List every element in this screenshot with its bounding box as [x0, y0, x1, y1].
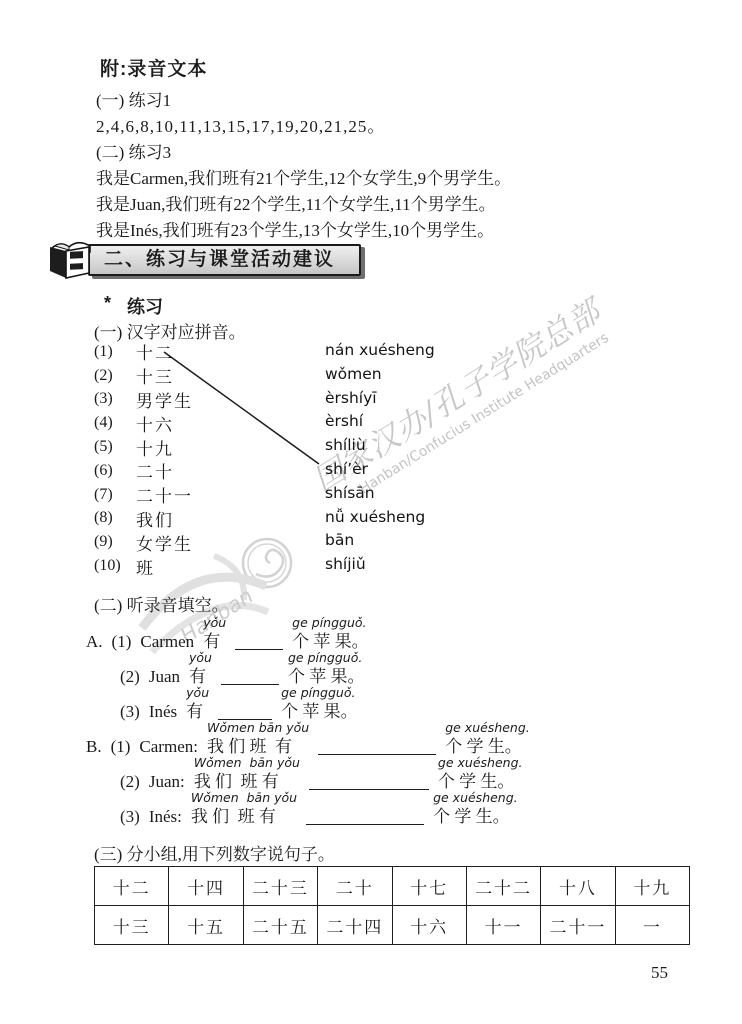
- table-cell: 十五: [169, 906, 243, 945]
- table-cell: 十一: [466, 906, 540, 945]
- practice-heading: * 练习: [104, 293, 163, 319]
- item-number: (2): [120, 771, 140, 792]
- hanzi-text: 个 苹 果。: [288, 666, 365, 687]
- match-hanzi[interactable]: 二十: [136, 458, 174, 483]
- item-number: (3): [120, 701, 140, 722]
- numbers-table: 十二 十四 二十三 二十 十七 二十二 十八 十九 十三 十五 二十五 二十四 …: [94, 866, 690, 945]
- table-cell: 二十一: [541, 906, 615, 945]
- match-pinyin[interactable]: èrshíyī: [325, 389, 377, 407]
- match-hanzi[interactable]: 男学生: [136, 387, 193, 412]
- match-number: (5): [94, 438, 136, 456]
- match-pinyin[interactable]: èrshí: [325, 412, 363, 430]
- speaker-name: Juan: [149, 666, 180, 687]
- match-pinyin[interactable]: nǚ xuésheng: [325, 508, 425, 526]
- match-hanzi[interactable]: 女学生: [136, 530, 193, 555]
- pinyin-annotation: ge xuésheng.: [433, 791, 518, 805]
- pinyin-annotation: ge xuésheng.: [438, 756, 523, 770]
- match-row: (4) 十六 èrshí: [94, 411, 514, 435]
- match-pinyin[interactable]: shíliù: [325, 436, 366, 454]
- answer-blank[interactable]: [309, 787, 429, 790]
- match-pinyin[interactable]: wǒmen: [325, 365, 382, 383]
- page-number: 55: [651, 963, 668, 983]
- exercise1-label: (一) 练习1: [96, 88, 641, 114]
- match-hanzi[interactable]: 班: [136, 554, 155, 579]
- fill-item-a1: A. (1) Carmen yǒu有 ge píngguǒ.个 苹 果。: [86, 616, 369, 652]
- hanzi-text: 我 们 班 有: [191, 806, 276, 827]
- hanzi-text: 个 学 生。: [445, 736, 522, 757]
- match-number: (1): [94, 343, 136, 361]
- match-row: (2) 十三 wǒmen: [94, 364, 514, 388]
- speaker-name: Inés:: [149, 806, 182, 827]
- speaker-name: Carmen:: [139, 736, 198, 757]
- hanzi-text: 我 们 班 有: [194, 771, 279, 792]
- speaker-name: Inés: [149, 701, 177, 722]
- hanzi-text: 有: [186, 701, 203, 722]
- open-book-icon: [47, 238, 93, 280]
- match-hanzi[interactable]: 十六: [136, 411, 174, 436]
- transcript-line: 我是Carmen,我们班有21个学生,12个女学生,9个男学生。: [96, 166, 641, 192]
- item-number: (1): [111, 736, 131, 757]
- match-pinyin[interactable]: shí’èr: [325, 460, 368, 478]
- transcript-title: 附:录音文本: [100, 54, 641, 81]
- match-pinyin[interactable]: shíjiǔ: [325, 555, 366, 573]
- textbook-page: 国家汉办/孔子学院总部 Hanban/Confucius Institute H…: [0, 0, 742, 1024]
- group-a-label: A.: [86, 631, 103, 652]
- pinyin-annotation: Wǒmen bān yǒu: [191, 791, 297, 805]
- match-number: (4): [94, 414, 136, 432]
- exercise3-label: (二) 练习3: [96, 140, 641, 166]
- table-cell: 十六: [392, 906, 466, 945]
- match-row: (8) 我们 nǚ xuésheng: [94, 507, 514, 531]
- pinyin-annotation: ge píngguǒ.: [292, 616, 366, 630]
- match-number: (9): [94, 533, 136, 551]
- practice-title: 练习: [127, 293, 163, 319]
- match-hanzi[interactable]: 二十一: [136, 482, 193, 507]
- table-cell: 十七: [392, 867, 466, 906]
- match-number: (8): [94, 509, 136, 527]
- pinyin-annotation: yǒu: [189, 651, 212, 665]
- hanzi-text: 个 苹 果。: [292, 631, 369, 652]
- match-row: (10) 班 shíjiǔ: [94, 554, 514, 578]
- table-cell: 十九: [615, 867, 689, 906]
- hanzi-text: 有: [203, 631, 220, 652]
- table-cell: 二十二: [466, 867, 540, 906]
- table-row: 十三 十五 二十五 二十四 十六 十一 二十一 一: [95, 906, 690, 945]
- pinyin-annotation: yǒu: [203, 616, 226, 630]
- match-row: (5) 十九 shíliù: [94, 435, 514, 459]
- hanzi-text: 我 们 班 有: [207, 736, 292, 757]
- star-bullet: *: [104, 293, 111, 319]
- pinyin-annotation: Wǒmen bān yǒu: [207, 721, 309, 735]
- table-cell: 十二: [95, 867, 169, 906]
- table-cell: 十八: [541, 867, 615, 906]
- match-row: (6) 二十 shí’èr: [94, 459, 514, 483]
- speaker-name: Juan:: [149, 771, 185, 792]
- hanzi-text: 个 学 生。: [438, 771, 515, 792]
- match-row: (9) 女学生 bān: [94, 530, 514, 554]
- match-pinyin[interactable]: shísān: [325, 484, 375, 502]
- item-number: (3): [120, 806, 140, 827]
- pinyin-annotation: ge xuésheng.: [445, 721, 530, 735]
- hanzi-text: 有: [189, 666, 206, 687]
- table-cell: 二十五: [243, 906, 317, 945]
- numbers-line: 2,4,6,8,10,11,13,15,17,19,20,21,25。: [96, 114, 641, 140]
- answer-blank[interactable]: [221, 682, 279, 685]
- match-number: (10): [94, 557, 136, 575]
- pinyin-annotation: yǒu: [186, 686, 209, 700]
- table-cell: 一: [615, 906, 689, 945]
- fill-item-b2: (2) Juan: Wǒmen bān yǒu我 们 班 有 ge xuéshe…: [120, 756, 523, 792]
- match-pinyin[interactable]: bān: [325, 531, 354, 549]
- match-number: (3): [94, 390, 136, 408]
- section-header-bar: 二、练习与课堂活动建议: [88, 244, 361, 276]
- fill-item-a2: (2) Juan yǒu有 ge píngguǒ.个 苹 果。: [120, 651, 364, 687]
- transcript-line: 我是Inés,我们班有23个学生,13个女学生,10个男学生。: [96, 218, 641, 244]
- item-number: (1): [112, 631, 132, 652]
- answer-blank[interactable]: [318, 752, 436, 755]
- pinyin-annotation: Wǒmen bān yǒu: [194, 756, 300, 770]
- hanzi-text: 个 苹 果。: [281, 701, 358, 722]
- match-number: (7): [94, 486, 136, 504]
- group-b-label: B.: [86, 736, 102, 757]
- table-cell: 二十三: [243, 867, 317, 906]
- part3-instruction: (三) 分小组,用下列数字说句子。: [94, 840, 335, 865]
- match-hanzi[interactable]: 十二: [136, 339, 174, 364]
- match-hanzi[interactable]: 我们: [136, 506, 174, 531]
- answer-blank[interactable]: [306, 822, 424, 825]
- hanzi-text: 个 学 生。: [433, 806, 510, 827]
- match-hanzi[interactable]: 十九: [136, 435, 174, 460]
- matching-exercise: (1) 十二 nán xuésheng (2) 十三 wǒmen (3) 男学生…: [94, 340, 514, 578]
- table-cell: 二十: [318, 867, 392, 906]
- match-row: (7) 二十一 shísān: [94, 483, 514, 507]
- transcript-section: 附:录音文本 (一) 练习1 2,4,6,8,10,11,13,15,17,19…: [96, 54, 641, 244]
- match-hanzi[interactable]: 十三: [136, 363, 174, 388]
- answer-blank[interactable]: [235, 647, 283, 650]
- match-row: (3) 男学生 èrshíyī: [94, 388, 514, 412]
- pinyin-annotation: ge píngguǒ.: [281, 686, 355, 700]
- match-row: (1) 十二 nán xuésheng: [94, 340, 514, 364]
- item-number: (2): [120, 666, 140, 687]
- table-cell: 十四: [169, 867, 243, 906]
- fill-item-b3: (3) Inés: Wǒmen bān yǒu我 们 班 有 ge xuéshe…: [120, 791, 518, 827]
- pinyin-annotation: ge píngguǒ.: [288, 651, 362, 665]
- table-cell: 二十四: [318, 906, 392, 945]
- table-cell: 十三: [95, 906, 169, 945]
- transcript-line: 我是Juan,我们班有22个学生,11个女学生,11个男学生。: [96, 192, 641, 218]
- table-row: 十二 十四 二十三 二十 十七 二十二 十八 十九: [95, 867, 690, 906]
- part2-instruction: (二) 听录音填空。: [94, 591, 229, 616]
- match-number: (2): [94, 367, 136, 385]
- match-number: (6): [94, 462, 136, 480]
- fill-item-b1: B. (1) Carmen: Wǒmen bān yǒu我 们 班 有 ge x…: [86, 721, 530, 757]
- speaker-name: Carmen: [140, 631, 194, 652]
- fill-item-a3: (3) Inés yǒu有 ge píngguǒ.个 苹 果。: [120, 686, 358, 722]
- match-pinyin[interactable]: nán xuésheng: [325, 341, 435, 359]
